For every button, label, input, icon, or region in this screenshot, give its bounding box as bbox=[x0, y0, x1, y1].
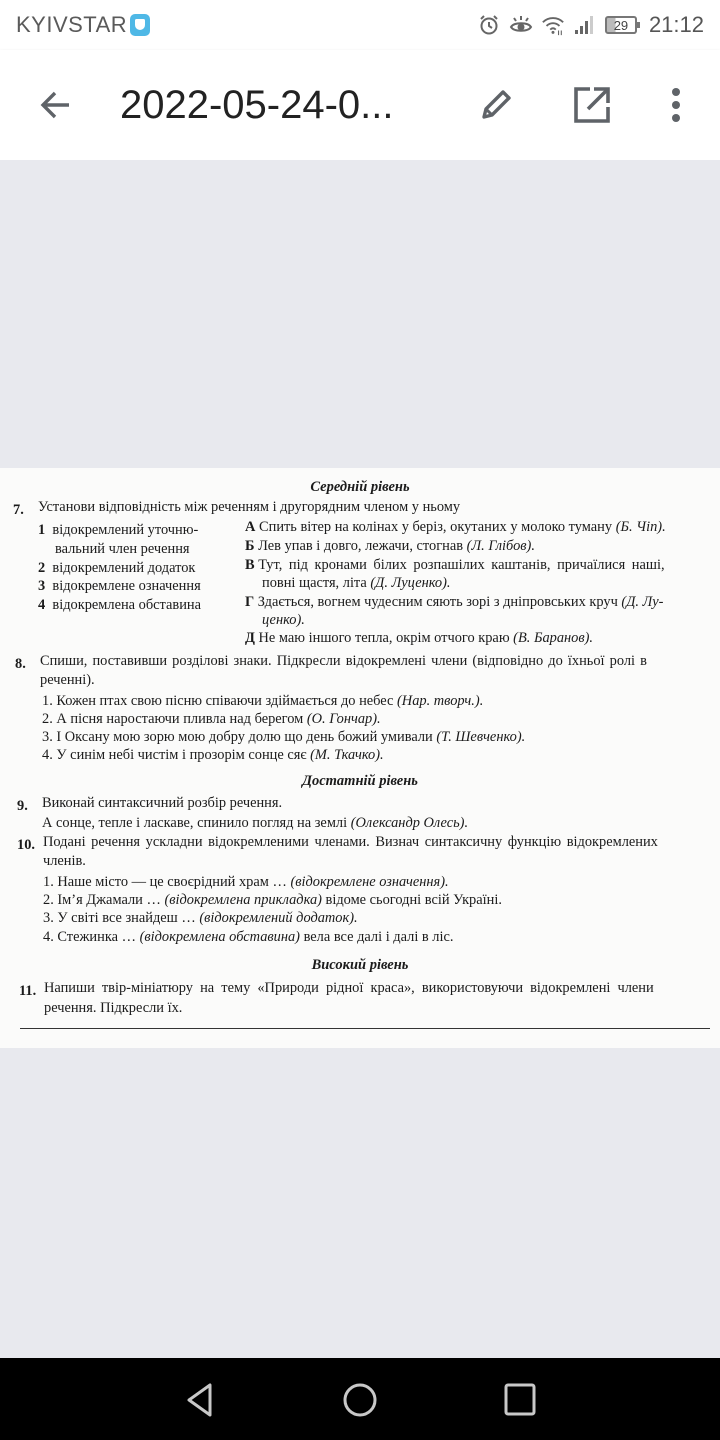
question-number: 7. bbox=[13, 501, 24, 519]
nav-home-icon bbox=[342, 1382, 378, 1418]
q7-sentence: В Тут, під кронами білих розпашілих кашт… bbox=[245, 556, 665, 574]
status-icons: 29 21:12 bbox=[477, 12, 704, 38]
q8-item: 2. А пісня наростаючи пливла над берегом… bbox=[42, 710, 381, 728]
level-heading-sufficient: Достатній рівень bbox=[0, 772, 720, 790]
question-number: 10. bbox=[17, 836, 35, 854]
question-number: 11. bbox=[19, 982, 36, 1000]
q7-sentence: А Спить вітер на колінах у беріз, окутан… bbox=[245, 518, 666, 536]
q7-sentence: Б Лев упав і довго, лежачи, стогнав (Л. … bbox=[245, 537, 535, 555]
q8-item: 4. У синім небі чистім і прозорім сонце … bbox=[42, 746, 384, 764]
open-external-icon bbox=[572, 85, 612, 125]
document-title: 2022-05-24-0... bbox=[120, 83, 440, 128]
carrier-name: KYIVSTAR bbox=[16, 12, 127, 38]
question-10-text: Подані речення ускладни відокремленими ч… bbox=[43, 833, 658, 851]
more-vertical-icon bbox=[666, 85, 686, 125]
question-10-text: членів. bbox=[43, 852, 86, 870]
q9-sentence: А сонце, тепле і ласкаве, спинило погляд… bbox=[42, 814, 468, 832]
q7-option: 1 відокремлений уточню- bbox=[38, 521, 198, 539]
signal-icon bbox=[573, 13, 597, 37]
level-heading-medium: Середній рівень bbox=[0, 478, 720, 496]
nav-recents-icon bbox=[504, 1383, 536, 1417]
q7-sentence: ценко). bbox=[262, 611, 305, 629]
eye-comfort-icon bbox=[509, 13, 533, 37]
level-heading-high: Високий рівень bbox=[0, 956, 720, 974]
question-number: 8. bbox=[15, 655, 26, 673]
q8-item: 1. Кожен птах свою пісню співаючи здійма… bbox=[42, 692, 483, 710]
q7-sentence: повні щастя, літа (Д. Луценко). bbox=[262, 574, 451, 592]
back-button[interactable] bbox=[26, 75, 86, 135]
q7-option: 4 відокремлена обставина bbox=[38, 596, 201, 614]
question-8-text: реченні). bbox=[40, 671, 95, 689]
arrow-left-icon bbox=[37, 86, 75, 124]
status-bar: KYIVSTAR 29 21:12 bbox=[0, 0, 720, 50]
shield-icon bbox=[130, 14, 150, 36]
question-8-text: Спиши, поставивши розділові знаки. Підкр… bbox=[40, 652, 647, 670]
question-9-text: Виконай синтаксичний розбір речення. bbox=[42, 794, 282, 812]
nav-recents-button[interactable] bbox=[498, 1378, 542, 1422]
q7-option: 3 відокремлене означення bbox=[38, 577, 201, 595]
q10-item: 3. У світі все знайдеш … (відокремлений … bbox=[43, 909, 358, 927]
carrier: KYIVSTAR bbox=[16, 12, 150, 38]
q8-item: 3. І Оксану мою зорю мою добру долю що д… bbox=[42, 728, 525, 746]
alarm-icon bbox=[477, 13, 501, 37]
divider bbox=[20, 1028, 710, 1029]
q7-option: 2 відокремлений додаток bbox=[38, 559, 195, 577]
battery-level: 29 bbox=[614, 18, 628, 33]
q7-sentence: Д Не маю іншого тепла, окрім отчого краю… bbox=[245, 629, 593, 647]
q7-sentence: Г Здається, вогнем чудесним сяють зорі з… bbox=[245, 593, 663, 611]
wifi-icon bbox=[541, 13, 565, 37]
q10-item: 1. Наше місто — це своєрідний храм … (ві… bbox=[43, 873, 449, 891]
pencil-icon bbox=[476, 85, 516, 125]
nav-home-button[interactable] bbox=[338, 1378, 382, 1422]
clock: 21:12 bbox=[649, 12, 704, 38]
question-number: 9. bbox=[17, 797, 28, 815]
document-page: Середній рівень 7. Установи відповідніст… bbox=[0, 468, 720, 1048]
question-11-text: речення. Підкресли їх. bbox=[44, 999, 182, 1017]
q7-option: вальний член речення bbox=[55, 540, 190, 558]
nav-back-button[interactable] bbox=[178, 1378, 222, 1422]
app-bar: 2022-05-24-0... bbox=[0, 50, 720, 160]
navigation-bar bbox=[0, 1358, 720, 1440]
open-with-button[interactable] bbox=[562, 75, 622, 135]
more-options-button[interactable] bbox=[646, 75, 706, 135]
question-7-text: Установи відповідність між реченням і др… bbox=[38, 498, 460, 516]
edit-button[interactable] bbox=[466, 75, 526, 135]
question-11-text: Напиши твір-мініатюру на тему «Природи р… bbox=[44, 979, 654, 997]
nav-back-icon bbox=[184, 1382, 216, 1418]
q10-item: 2. Ім’я Джамали … (відокремлена прикладк… bbox=[43, 891, 502, 909]
q10-item: 4. Стежинка … (відокремлена обставина) в… bbox=[43, 928, 453, 946]
document-viewer[interactable]: Середній рівень 7. Установи відповідніст… bbox=[0, 160, 720, 1358]
battery-icon: 29 bbox=[605, 16, 637, 34]
